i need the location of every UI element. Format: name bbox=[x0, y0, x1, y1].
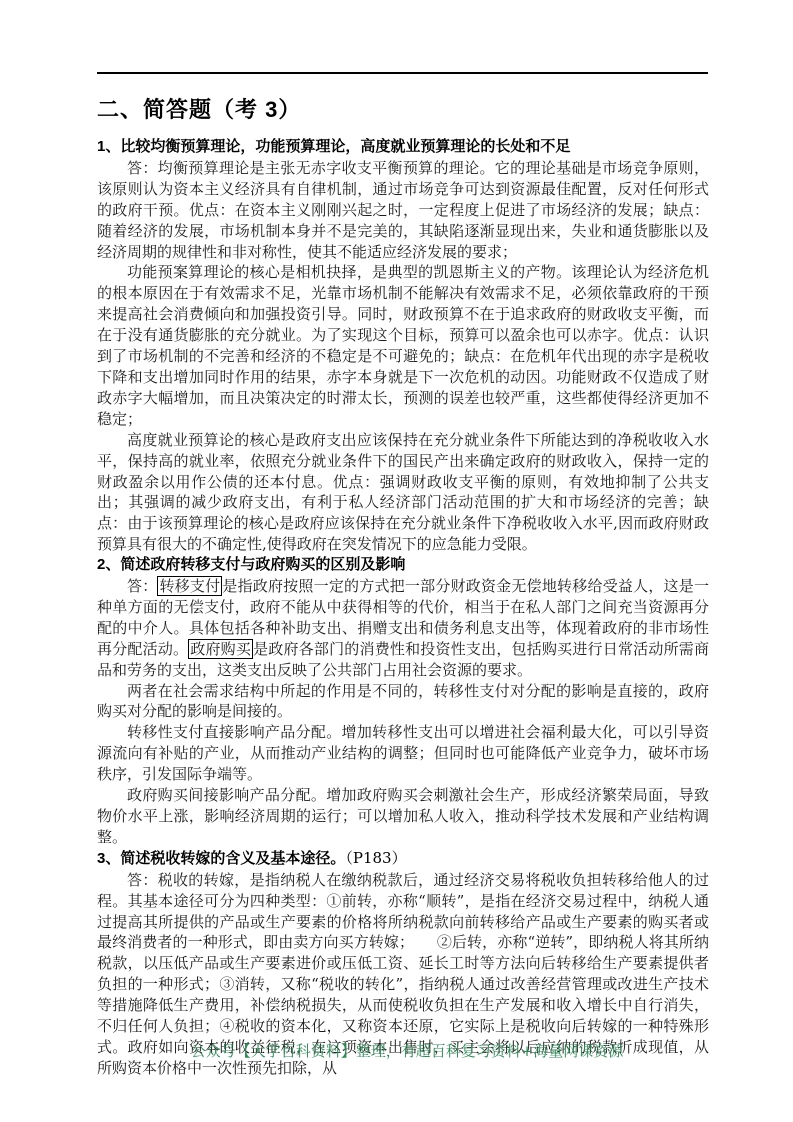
header-rule bbox=[97, 72, 708, 74]
boxed-term-transfer-payment: 转移支付 bbox=[157, 576, 222, 596]
question-2-heading: 2、简述政府转移支付与政府购买的区别及影响 bbox=[97, 555, 709, 576]
question-2-answer-paragraph: 转移性支付直接影响产品分配。增加转移性支出可以增进社会福利最大化，可以引导资源流… bbox=[97, 722, 709, 785]
document-page: 二、简答题（考 3） 1、比较均衡预算理论，功能预算理论，高度就业预算理论的长处… bbox=[0, 0, 793, 1122]
boxed-term-government-purchase: 政府购买 bbox=[188, 639, 253, 659]
question-2-answer-paragraph: 政府购买间接影响产品分配。增加政府购买会刺激社会生产，形成经济繁荣局面，导致物价… bbox=[97, 785, 709, 848]
question-1-answer-paragraph: 答：均衡预算理论是主张无赤字收支平衡预算的理论。它的理论基础是市场竞争原则，该原… bbox=[97, 158, 709, 263]
question-2-answer-paragraph: 两者在社会需求结构中所起的作用是不同的，转移性支付对分配的影响是直接的，政府购买… bbox=[97, 681, 709, 723]
question-1-answer-paragraph: 功能预案算理论的核心是相机抉择，是典型的凯恩斯主义的产物。该理论认为经济危机的根… bbox=[97, 262, 709, 429]
question-3-heading: 3、简述税收转嫁的含义及基本途径。（P183） bbox=[97, 848, 709, 870]
document-body: 1、比较均衡预算理论，功能预算理论，高度就业预算理论的长处和不足 答：均衡预算理… bbox=[97, 137, 709, 1079]
section-title: 二、简答题（考 3） bbox=[97, 96, 709, 124]
question-2-answer-paragraph: 答：转移支付是指政府按照一定的方式把一部分财政资金无偿地转移给受益人，这是一种单… bbox=[97, 576, 709, 681]
question-3-page-reference: （P183） bbox=[345, 849, 406, 867]
answer-prefix: 答： bbox=[127, 577, 157, 595]
question-1-answer-paragraph: 高度就业预算论的核心是政府支出应该保持在充分就业条件下所能达到的净税收收入水平，… bbox=[97, 430, 709, 555]
question-1-heading: 1、比较均衡预算理论，功能预算理论，高度就业预算理论的长处和不足 bbox=[97, 137, 709, 158]
question-3-heading-text: 3、简述税收转嫁的含义及基本途径。 bbox=[97, 850, 345, 867]
footer-watermark: 公众号【大学百科资料】整理，有超百科复习资料+海量网课资源 bbox=[97, 1041, 717, 1062]
